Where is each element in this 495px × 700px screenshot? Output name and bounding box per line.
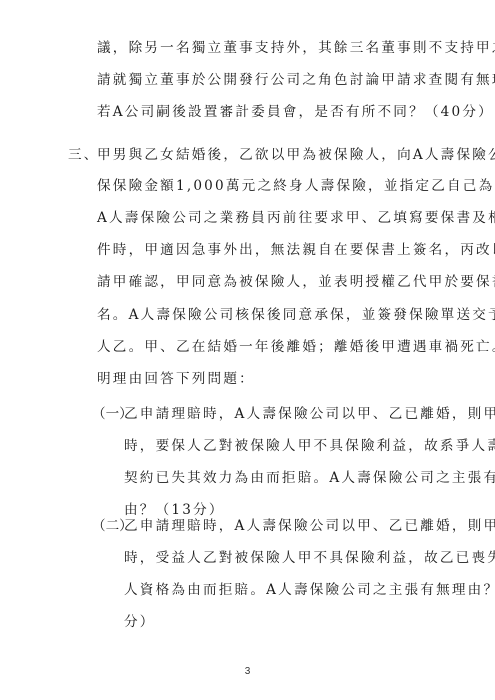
text-line: 請就獨立董事於公開發行公司之角色討論甲請求查閱有無理由？ — [97, 72, 495, 88]
text-line: 契約已失其效力為由而拒賠。A人壽保險公司之主張有無理 — [124, 470, 495, 486]
text-line: 人資格為由而拒賠。A人壽保險公司之主張有無理由？（13 — [124, 582, 495, 598]
page-number: 3 — [0, 666, 495, 677]
text-line: 請甲確認，甲同意為被保險人，並表明授權乙代甲於要保書上簽 — [97, 274, 495, 290]
text-line: 明理由回答下列問題： — [97, 371, 255, 387]
text-line: 人乙。甲、乙在結婚一年後離婚；離婚後甲遭遇車禍死亡。試具 — [97, 339, 495, 355]
text-line: 甲男與乙女結婚後，乙欲以甲為被保險人，向A人壽保險公司投 — [97, 147, 495, 163]
text-line: 名。A人壽保險公司核保後同意承保，並簽發保險單送交予要保 — [97, 307, 495, 323]
text-line: 議，除另一名獨立董事支持外，其餘三名董事則不支持甲之提案。 — [97, 40, 495, 56]
text-line: A人壽保險公司之業務員丙前往要求甲、乙填寫要保書及相關文 — [97, 210, 495, 226]
text-line: 時，要保人乙對被保險人甲不具保險利益，故系爭人壽保險 — [124, 438, 495, 454]
text-line: 由？（13分） — [124, 502, 225, 518]
text-line: 時，受益人乙對被保險人甲不具保險利益，故乙已喪失受益 — [124, 550, 495, 566]
text-line: 若A公司嗣後設置審計委員會，是否有所不同？（40分） — [97, 104, 494, 120]
text-line: 乙申請理賠時，A人壽保險公司以甲、乙已離婚，則甲死亡 — [124, 406, 495, 422]
text-line: 件時，甲適因急事外出，無法親自在要保書上簽名，丙改以電話 — [97, 242, 495, 258]
text-line: 分） — [124, 614, 156, 630]
question-number: 三、 — [68, 147, 100, 163]
text-line: 保保險金額1,000萬元之終身人壽保險，並指定乙自己為受益人。 — [97, 178, 495, 194]
text-line: 乙申請理賠時，A人壽保險公司以甲、乙已離婚，則甲死亡 — [124, 518, 495, 534]
